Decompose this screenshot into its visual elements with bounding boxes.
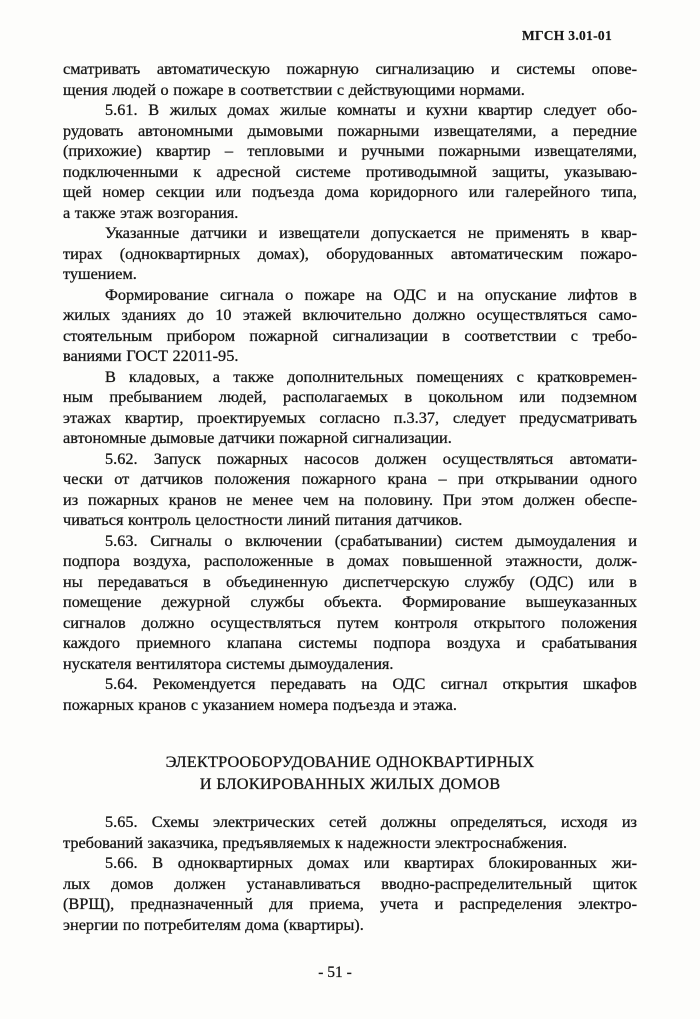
text-line: лых домов должен устанавливаться вводно-… — [63, 874, 637, 895]
text-line: 5.63. Сигналы о включении (срабатывании)… — [63, 531, 637, 552]
text-line: Формирование сигнала о пожаре на ОДС и н… — [63, 285, 637, 306]
paragraph: 5.66. В одноквартирных домах или квартир… — [63, 853, 637, 935]
text-line: Указанные датчики и извещатели допускает… — [63, 223, 637, 244]
text-line: жилых зданиях до 10 этажей включительно … — [63, 305, 637, 326]
text-line: ным пребыванием людей, располагаемых в ц… — [63, 387, 637, 408]
text-line: а также этаж возгорания. — [63, 203, 637, 224]
text-line: требований заказчика, предъявляемых к на… — [63, 833, 637, 854]
text-line: ваниями ГОСТ 22011-95. — [63, 346, 637, 367]
paragraph: 5.61. В жилых домах жилые комнаты и кухн… — [63, 100, 637, 223]
text-line: щей номер секции или подъезда дома корид… — [63, 182, 637, 203]
text-line: пожарных кранов с указанием номера подъе… — [63, 695, 637, 716]
text-line: тушением. — [63, 264, 637, 285]
text-line: подключенными к адресной системе противо… — [63, 162, 637, 183]
page-number: - 51 - — [0, 964, 670, 982]
text-line: 5.64. Рекомендуется передавать на ОДС си… — [63, 674, 637, 695]
paragraph: Указанные датчики и извещатели допускает… — [63, 223, 637, 285]
text-line: (ВРЩ), предназначенный для приема, учета… — [63, 894, 637, 915]
text-line: автономные дымовые датчики пожарной сигн… — [63, 428, 637, 449]
text-line: рудовать автономными дымовыми пожарными … — [63, 121, 637, 142]
text-line: 5.61. В жилых домах жилые комнаты и кухн… — [63, 100, 637, 121]
paragraph: 5.63. Сигналы о включении (срабатывании)… — [63, 531, 637, 675]
text-line: 5.62. Запуск пожарных насосов должен осу… — [63, 449, 637, 470]
text-line: энергии по потребителям дома (квартиры). — [63, 915, 637, 936]
text-line: этажах квартир, проектируемых согласно п… — [63, 408, 637, 429]
text-line: сматривать автоматическую пожарную сигна… — [63, 59, 637, 80]
text-line: чески от датчиков положения пожарного кр… — [63, 469, 637, 490]
section-heading: ЭЛЕКТРООБОРУДОВАНИЕ ОДНОКВАРТИРНЫХИ БЛОК… — [63, 751, 637, 795]
text-line: подпора воздуха, расположенные в домах п… — [63, 551, 637, 572]
paragraph: Формирование сигнала о пожаре на ОДС и н… — [63, 285, 637, 367]
document-page: МГСН 3.01-01 сматривать автоматическую п… — [0, 0, 700, 1019]
text-line: ны передаваться в объединенную диспетчер… — [63, 572, 637, 593]
document-body: сматривать автоматическую пожарную сигна… — [63, 59, 637, 935]
text-line: (прихожие) квартир – тепловыми и ручными… — [63, 141, 637, 162]
text-line: каждого приемного клапана системы подпор… — [63, 633, 637, 654]
paragraph: 5.62. Запуск пожарных насосов должен осу… — [63, 449, 637, 531]
text-line: щения людей о пожаре в соответствии с де… — [63, 80, 637, 101]
paragraph: сматривать автоматическую пожарную сигна… — [63, 59, 637, 100]
text-line: В кладовых, а также дополнительных помещ… — [63, 367, 637, 388]
text-line: из пожарных кранов не менее чем на полов… — [63, 490, 637, 511]
text-line: нускателя вентилятора системы дымоудален… — [63, 654, 637, 675]
text-line: стоятельным прибором пожарной сигнализац… — [63, 326, 637, 347]
heading-line: ЭЛЕКТРООБОРУДОВАНИЕ ОДНОКВАРТИРНЫХ — [63, 751, 637, 773]
paragraph: В кладовых, а также дополнительных помещ… — [63, 367, 637, 449]
heading-line: И БЛОКИРОВАННЫХ ЖИЛЫХ ДОМОВ — [63, 773, 637, 795]
text-line: тирах (одноквартирных домах), оборудован… — [63, 244, 637, 265]
paragraph: 5.64. Рекомендуется передавать на ОДС си… — [63, 674, 637, 715]
text-line: сигналов должно осуществляться путем кон… — [63, 613, 637, 634]
text-line: 5.65. Схемы электрических сетей должны о… — [63, 812, 637, 833]
text-line: 5.66. В одноквартирных домах или квартир… — [63, 853, 637, 874]
text-line: помещение дежурной службы объекта. Форми… — [63, 592, 637, 613]
paragraph: 5.65. Схемы электрических сетей должны о… — [63, 812, 637, 853]
document-code-header: МГСН 3.01-01 — [522, 28, 612, 44]
text-line: чиваться контроль целостности линий пита… — [63, 510, 637, 531]
